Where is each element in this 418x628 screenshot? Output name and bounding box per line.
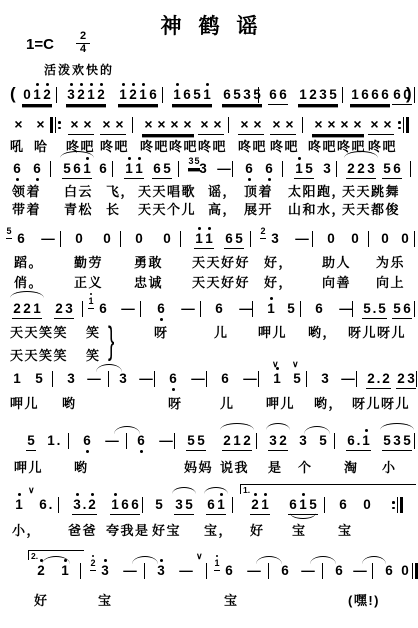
note-char: 5 xyxy=(184,497,194,512)
note-token: 61 xyxy=(206,496,226,515)
note-digits: — xyxy=(158,433,174,450)
lyric-syllable: 山和水， xyxy=(288,199,346,218)
note-digits: 3 xyxy=(198,161,208,178)
note-token: 56 xyxy=(392,300,412,319)
note-digits: 0 xyxy=(380,231,390,248)
lyric-syllable: 忠诚 xyxy=(134,272,163,291)
note-digits: — xyxy=(138,371,154,388)
note-char: 6 xyxy=(370,87,380,102)
note-char: 1 xyxy=(214,558,220,568)
rest-char: 0 xyxy=(362,497,372,512)
note-token: ×× xyxy=(238,116,264,135)
note-digits: — xyxy=(104,433,120,450)
barline xyxy=(306,371,307,387)
lyric-syllable: 天天好好 xyxy=(192,252,250,271)
note-token: — xyxy=(178,562,194,580)
note-token: 3212 xyxy=(66,86,106,105)
note-char: 3 xyxy=(366,161,376,176)
note-token: ×× xyxy=(368,116,394,135)
barline xyxy=(414,301,415,317)
percussion-x: × xyxy=(81,117,94,132)
barline xyxy=(336,161,337,177)
note-char: 6 xyxy=(360,87,370,102)
grace-note: 2 xyxy=(90,553,96,571)
note-token: 55 xyxy=(186,432,206,451)
note-digits: 535 xyxy=(382,433,412,451)
note-char: 1 xyxy=(194,231,204,246)
note-digits: 6 xyxy=(136,433,146,450)
repeat-dots xyxy=(58,121,61,129)
lyric-syllable: 宝 xyxy=(98,590,113,609)
octave-dot-high xyxy=(114,493,117,496)
grace-digits: 5 xyxy=(6,226,12,239)
note-char: 1 xyxy=(361,433,371,448)
note-digits: 2 xyxy=(36,563,46,580)
grace-digits: 2 xyxy=(90,558,96,571)
note-char: 6 xyxy=(288,497,298,512)
lyric-line: 小，爸爸夸我是好宝宝，好宝宝 xyxy=(0,520,418,537)
note-digits: 3 xyxy=(270,231,280,248)
note-char: 2 xyxy=(87,497,97,512)
note-token: 32 xyxy=(268,432,288,451)
note-char: 5 xyxy=(26,433,36,448)
duration-dash: — xyxy=(352,563,368,578)
percussion-x: × xyxy=(312,117,325,132)
grace-note: 2 xyxy=(260,221,266,239)
note-char: 2 xyxy=(346,161,356,176)
note-char: 2 xyxy=(76,87,86,102)
barline xyxy=(372,563,373,579)
note-token: ×× xyxy=(68,116,94,135)
note-char: 3 xyxy=(270,231,280,246)
duration-dash: — xyxy=(190,371,206,386)
percussion-x: × xyxy=(68,117,81,132)
lyric-syllable: 勇敢 xyxy=(134,252,163,271)
note-char: 6 xyxy=(12,161,22,176)
note-char: 5 xyxy=(382,433,392,448)
grace-digits: 1 xyxy=(214,558,220,571)
lyric-syllable: 天天跳舞 xyxy=(342,181,400,200)
note-digits: — xyxy=(180,301,196,318)
note-char: 6 xyxy=(220,371,230,386)
lyric-syllable: 哈 xyxy=(34,136,49,155)
lyric-syllable: 天天个儿 xyxy=(138,199,196,218)
note-token: — xyxy=(246,562,262,580)
octave-dot-high xyxy=(298,157,301,160)
note-token: 23 xyxy=(270,230,280,248)
octave-dot-high xyxy=(104,559,107,562)
percussion-x: × xyxy=(351,117,364,132)
barline-stroke xyxy=(55,117,56,133)
note-char: 5 xyxy=(162,161,172,176)
barline xyxy=(228,117,229,133)
note-digits: 65 xyxy=(224,231,244,249)
notation-line: 2212316—6—6—156—5.556 xyxy=(0,300,418,322)
octave-dot-high xyxy=(264,493,267,496)
octave-dot-high xyxy=(18,493,21,496)
note-token: 1 xyxy=(266,300,276,318)
note-digits: 1216 xyxy=(118,87,158,105)
note-digits: 1651 xyxy=(172,87,212,105)
rest-char: 0 xyxy=(350,231,360,246)
note-char: 1 xyxy=(216,497,226,512)
note-token: 16 xyxy=(98,300,108,318)
note-token: 6 xyxy=(82,432,92,450)
lyric-syllable: 天天好好 xyxy=(192,272,250,291)
barline xyxy=(352,301,353,317)
barline-stroke xyxy=(50,117,53,133)
note-digits: 3.2 xyxy=(72,497,97,515)
lyric-syllable: 天天笑笑 xyxy=(10,345,68,364)
note-token: 65 xyxy=(152,160,172,179)
duration-dash: — xyxy=(158,433,174,448)
octave-dot-high xyxy=(36,83,39,86)
percussion-x: × xyxy=(381,117,394,132)
note-char: 6 xyxy=(280,563,290,578)
notation-line: 153—3—6—6—∨∨153—2.223 xyxy=(0,370,418,392)
note-digits: 3 xyxy=(320,371,330,388)
octave-dot-low xyxy=(86,450,89,453)
note-char: 2 xyxy=(250,497,260,512)
note-digits: 0 xyxy=(326,231,336,248)
note-char: 1 xyxy=(294,161,304,176)
duration-dash: — xyxy=(294,231,310,246)
notation-line: ×××××××××××××××××××××× xyxy=(0,116,418,138)
note-token: 35 xyxy=(174,496,194,515)
note-token: 1 xyxy=(60,562,70,580)
note-digits: 1 xyxy=(60,563,70,580)
note-char: 5 xyxy=(34,371,44,386)
barline xyxy=(144,563,145,579)
lyric-syllable: 儿 xyxy=(220,393,235,412)
note-token: 6 xyxy=(214,300,224,318)
note-token: 0 xyxy=(400,562,410,580)
note-digits: 0 xyxy=(162,231,172,248)
rest-char: 0 xyxy=(400,231,410,246)
lyric-syllable: 夸我是 xyxy=(106,520,150,539)
lyric-syllable: 展开 xyxy=(244,199,273,218)
note-digits: 6535 xyxy=(222,87,262,105)
barline xyxy=(132,117,133,133)
note-digits: 1 xyxy=(14,497,24,514)
percussion-x: × xyxy=(12,117,25,132)
rest-char: 0 xyxy=(326,231,336,246)
note-token: 6 xyxy=(338,496,348,514)
barline-stroke xyxy=(403,117,404,133)
note-digits: 6 xyxy=(98,301,108,318)
barline xyxy=(268,563,269,579)
note-char: 6 xyxy=(222,87,232,102)
note-token: 535 xyxy=(382,432,412,451)
percussion-x: × xyxy=(155,117,168,132)
octave-dot-high xyxy=(76,493,79,496)
note-char: 5 xyxy=(186,433,196,448)
note-char: 5 xyxy=(232,87,242,102)
duration-dash: — xyxy=(40,231,56,246)
note-token: — xyxy=(180,300,196,318)
note-token: × xyxy=(12,116,25,134)
barline xyxy=(120,231,121,247)
octave-dot-high xyxy=(208,227,211,230)
note-char: 5 xyxy=(196,433,206,448)
lyric-syllable: 助人 xyxy=(322,252,351,271)
barline xyxy=(80,563,81,579)
lyric-syllable: 哟 xyxy=(62,393,77,412)
note-digits: 0 xyxy=(400,563,410,580)
note-char: 2 xyxy=(22,301,32,316)
slur-arc xyxy=(10,291,44,298)
note-char: 6 xyxy=(224,231,234,246)
barline xyxy=(112,161,113,177)
repeat-end-barline xyxy=(398,117,409,133)
note-digits: 0 xyxy=(102,231,112,248)
note-digits: 3 xyxy=(66,371,76,388)
note-char: 5 xyxy=(377,301,387,316)
barline xyxy=(178,161,179,177)
note-char: 2 xyxy=(54,301,64,316)
octave-dot-high xyxy=(80,83,83,86)
note-token: 0 xyxy=(350,230,360,248)
octave-dot-high xyxy=(90,293,92,295)
octave-dot-high xyxy=(176,83,179,86)
note-token: 223 xyxy=(346,160,376,179)
rest-char: 0 xyxy=(74,231,84,246)
lyric-line: 呷儿哟妈妈说我是个淘小 xyxy=(0,457,418,474)
note-char: 1 xyxy=(118,87,128,102)
note-char: 5 xyxy=(362,301,372,316)
octave-dot-high xyxy=(132,83,135,86)
note-char: 1 xyxy=(138,87,148,102)
lyric-syllable: 向上 xyxy=(376,272,405,291)
lyric-syllable: 太阳跑， xyxy=(288,181,346,200)
lyric-syllable: 为乐 xyxy=(376,252,405,271)
note-digits: 6 xyxy=(384,563,394,580)
octave-dot-high xyxy=(91,493,94,496)
barline xyxy=(50,161,51,177)
note-token: 0 xyxy=(74,230,84,248)
rest-char: 0 xyxy=(102,231,112,246)
note-digits: ×××× xyxy=(312,117,364,135)
note-token: 5 xyxy=(292,370,302,388)
lyric-line: 呷儿哟呀儿呷儿哟，呀儿呀儿 xyxy=(0,393,418,410)
note-digits: 5.5 xyxy=(362,301,387,319)
lyric-line: 俏。正义忠诚天天好好好，向善向上 xyxy=(0,272,418,289)
lyric-syllable: 青松 xyxy=(64,199,93,218)
note-token: 0 xyxy=(134,230,144,248)
note-digits: 6 xyxy=(224,563,234,580)
breath-mark: ∨ xyxy=(28,485,35,496)
octave-dot-high xyxy=(198,227,201,230)
note-char: 1 xyxy=(14,497,24,512)
note-char: 2 xyxy=(242,433,252,448)
lyric-syllable: 笑 xyxy=(86,322,101,341)
slur-arc xyxy=(220,423,254,430)
note-digits: ×× xyxy=(198,117,224,135)
percussion-x: × xyxy=(270,117,283,132)
octave-dot-high xyxy=(92,555,94,557)
note-char: 5 xyxy=(382,161,392,176)
octave-dot-high xyxy=(90,83,93,86)
note-digits: ×× xyxy=(238,117,264,135)
note-digits: 1 xyxy=(12,371,22,388)
percussion-x: × xyxy=(251,117,264,132)
lyric-syllable: 好 xyxy=(34,590,49,609)
notation-line: (0123212121616516535661235166660) xyxy=(0,86,418,108)
lyric-syllable: 呀 xyxy=(154,322,169,341)
note-token: 15 xyxy=(294,160,314,179)
lyric-syllable: 呀 xyxy=(168,393,183,412)
lyric-syllable: 咚吧 xyxy=(198,136,227,155)
note-token: ×× xyxy=(270,116,296,135)
note-char: 5 xyxy=(154,497,164,512)
volta-label: 1. xyxy=(243,485,250,495)
note-digits: 5 xyxy=(26,433,36,451)
duration-dash: — xyxy=(216,161,232,176)
note-token: ×××× xyxy=(142,116,194,135)
note-char: 5 xyxy=(308,497,318,512)
octave-dot-high xyxy=(365,429,368,432)
note-char: 6 xyxy=(98,161,108,176)
note-char: 1 xyxy=(60,563,70,578)
note-char: 1 xyxy=(46,433,56,448)
note-char: 1 xyxy=(350,87,360,102)
note-digits: 66 xyxy=(268,87,288,105)
note-char: 5 xyxy=(304,161,314,176)
percussion-x: × xyxy=(100,117,113,132)
note-char: 6 xyxy=(130,497,140,512)
note-char: 1 xyxy=(32,87,42,102)
note-token: 6535 xyxy=(222,86,262,105)
note-token: 353 xyxy=(198,160,208,178)
note-digits: 1 xyxy=(272,371,282,388)
note-char: 6 xyxy=(16,231,26,246)
note-token: — xyxy=(122,562,138,580)
duration-dash: — xyxy=(178,563,194,578)
lyric-syllable: 顶着 xyxy=(244,181,273,200)
note-digits: 55 xyxy=(186,433,206,451)
note-digits: 6 xyxy=(32,161,42,178)
rest-char: 0 xyxy=(380,231,390,246)
breath-mark: ∨ xyxy=(196,551,203,562)
note-char: 1 xyxy=(134,161,144,176)
note-char: 2 xyxy=(260,226,266,236)
note-token: 1216 xyxy=(118,86,158,105)
note-token: 0 xyxy=(162,230,172,248)
barline-stroke xyxy=(406,117,409,133)
repeat-dot xyxy=(392,501,395,504)
note-digits: 5 xyxy=(34,371,44,388)
lyric-syllable: 飞， xyxy=(106,181,135,200)
octave-dot-high xyxy=(100,83,103,86)
lyric-syllable: 蹈。 xyxy=(14,252,43,271)
lyric-syllable: 说我 xyxy=(220,457,249,476)
note-digits: — xyxy=(120,301,136,318)
note-digits: 35 xyxy=(174,497,194,515)
note-token: 6 xyxy=(334,562,344,580)
note-char: 6 xyxy=(148,87,158,102)
lyric-syllable: 带着 xyxy=(12,199,41,218)
lyric-syllable: 正义 xyxy=(74,272,103,291)
repeat-end-barline xyxy=(392,497,403,513)
octave-dot-low xyxy=(140,450,143,453)
barline xyxy=(140,301,141,317)
note-token: 0 xyxy=(326,230,336,248)
barline xyxy=(324,497,325,513)
barline-stroke xyxy=(397,497,398,513)
note-digits: 2.2 xyxy=(366,371,391,389)
note-token: 1666 xyxy=(350,86,390,105)
barline xyxy=(52,371,53,387)
note-char: 6 xyxy=(98,301,108,316)
lyric-syllable: 好， xyxy=(264,272,293,291)
note-token: 3.2 xyxy=(72,496,97,515)
note-char: 6 xyxy=(206,497,216,512)
note-char: 3 xyxy=(118,371,128,386)
note-digits: — xyxy=(340,371,356,388)
repeat-dot xyxy=(398,121,401,124)
slur-arc xyxy=(380,423,414,430)
note-char: 1 xyxy=(266,301,276,316)
note-char: 2 xyxy=(128,87,138,102)
note-digits: 5 xyxy=(154,497,164,514)
note-char: 1 xyxy=(272,371,282,386)
octave-dot-high xyxy=(138,157,141,160)
barline xyxy=(414,231,415,247)
note-token: 615 xyxy=(288,496,318,515)
note-token: — xyxy=(158,432,174,450)
grace-note: 1 xyxy=(214,553,220,571)
lyric-syllable: 领着 xyxy=(12,181,41,200)
barline xyxy=(334,433,335,449)
note-digits: 561 xyxy=(62,161,92,179)
barline xyxy=(282,161,283,177)
note-digits: — xyxy=(294,231,310,248)
note-char: 3 xyxy=(406,371,416,386)
repeat-dot xyxy=(392,507,395,510)
note-token: ×× xyxy=(198,116,224,135)
rest-char: 0 xyxy=(162,231,172,246)
note-token: 0 xyxy=(400,230,410,248)
note-digits: ×××× xyxy=(142,117,194,135)
note-token: — xyxy=(190,370,206,388)
note-token: 6 xyxy=(280,562,290,580)
duration-dash: — xyxy=(120,301,136,316)
note-digits: 3 xyxy=(118,371,128,388)
lyric-syllable: 呀儿呀儿 xyxy=(352,393,410,412)
note-char: 5 xyxy=(62,161,72,176)
note-digits: ×× xyxy=(368,117,394,135)
duration-dash: — xyxy=(122,563,138,578)
lyric-line: 好宝宝(嘿!) xyxy=(0,590,418,607)
note-digits: 6 xyxy=(214,301,224,318)
note-digits: ×× xyxy=(100,117,126,135)
note-token: 3 xyxy=(156,562,166,580)
duration-dash: — xyxy=(86,371,102,386)
barline xyxy=(206,371,207,387)
note-digits: 6 xyxy=(16,231,26,248)
note-char: 3 xyxy=(268,433,278,448)
note-digits: 6 xyxy=(280,563,290,580)
note-char: 6 xyxy=(120,497,130,512)
note-token: 6 xyxy=(314,300,324,318)
note-token: 5 xyxy=(154,496,164,514)
barline xyxy=(250,231,251,247)
note-char: 5 xyxy=(286,301,296,316)
note-digits: 6 xyxy=(338,497,348,514)
note-token: ×× xyxy=(100,116,126,135)
note-token: — xyxy=(104,432,120,450)
notation-line: 2.2123—3—∨16—6—6—60 xyxy=(0,562,418,584)
